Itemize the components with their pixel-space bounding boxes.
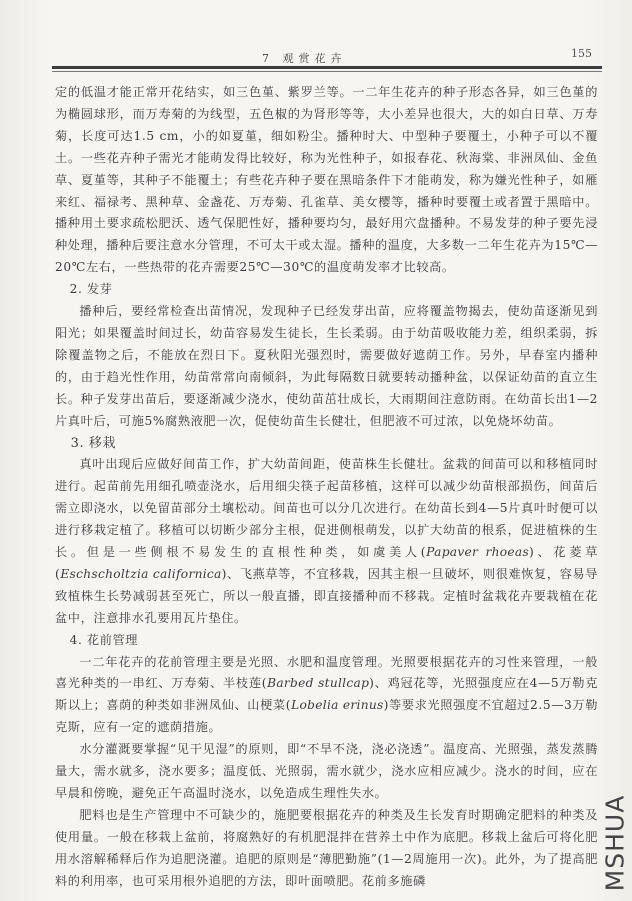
paragraph-sowing-continued: 定的低温才能正常开花结实，如三色堇、紫罗兰等。一二年生花卉的种子形态各异，如三色… [55, 82, 598, 279]
page-number: 155 [571, 47, 592, 60]
scientific-name: Eschscholtzia californica [60, 567, 221, 581]
section-heading-transplanting: 3. 移栽 [55, 433, 598, 455]
paragraph-light-management: 一二年花卉的花前管理主要是光照、水肥和温度管理。光照要根据花卉的习性来管理，一般… [55, 652, 598, 740]
paragraph-germination: 播种后，要经常检查出苗情况，发现种子已经发芽出苗，应将覆盖物揭去，使幼苗逐渐见到… [55, 301, 598, 432]
text-run: 真叶出现后应做好间苗工作，扩大幼苗间距，使苗株生长健壮。盆栽的间苗可以和移植同时… [55, 457, 598, 559]
body-text: 定的低温才能正常开花结实，如三色堇、紫罗兰等。一二年生花卉的种子形态各异，如三色… [55, 82, 598, 893]
chapter-title: 7 观赏花卉 [262, 50, 347, 66]
paragraph-fertilizing: 肥料也是生产管理中不可缺少的，施肥要根据花卉的种类及生长发育时期确定肥料的种类及… [55, 805, 598, 893]
header-rule-thin [52, 71, 602, 72]
watermark: MSHUA [600, 790, 630, 895]
paragraph-watering: 水分灌溉要掌握“见干见湿”的原则，即“不旱不浇，浇必浇透”。温度高、光照强，蒸发… [55, 739, 598, 805]
section-heading-preflower-management: 4. 花前管理 [55, 630, 598, 652]
scientific-name: Lobelia erinus [291, 698, 384, 712]
paragraph-transplanting: 真叶出现后应做好间苗工作，扩大幼苗间距，使苗株生长健壮。盆栽的间苗可以和移植同时… [55, 454, 598, 629]
book-page: 7 观赏花卉 155 定的低温才能正常开花结实，如三色堇、紫罗兰等。一二年生花卉… [0, 0, 632, 901]
watermark-text: MSHUA [601, 794, 630, 891]
header-rule-thick [52, 66, 602, 69]
scientific-name: Papaver rhoeas [426, 545, 529, 559]
running-header: 7 观赏花卉 155 [52, 44, 602, 72]
section-heading-germination: 2. 发芽 [55, 279, 598, 301]
scientific-name: Barbed stullcap [267, 676, 369, 690]
